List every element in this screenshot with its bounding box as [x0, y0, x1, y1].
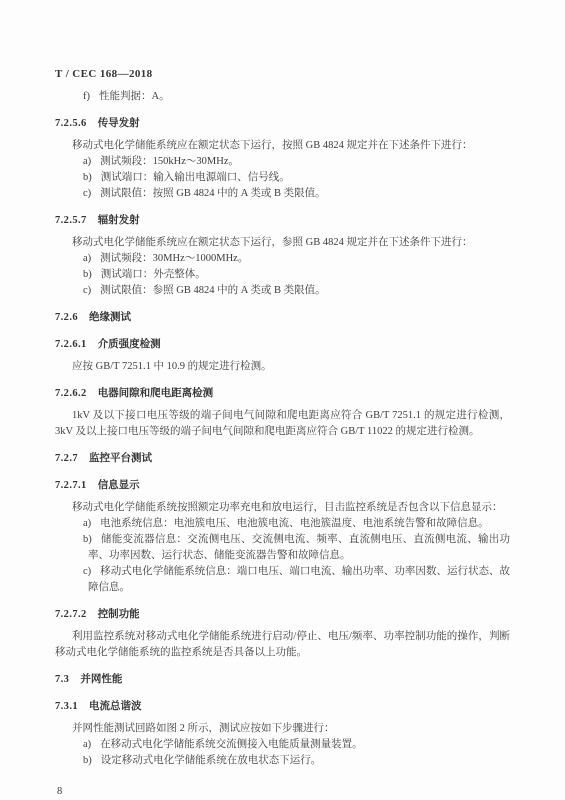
- list-item-text: 在移动式电化学储能系统交流侧接入电能质量测量装置。: [100, 739, 363, 750]
- section-heading: 7.2.6.2电器间隙和爬电距离检测: [55, 386, 510, 402]
- list-item: a)电池系统信息：电池簇电压、电池簇电流、电池簇温度、电池系统告警和故障信息。: [55, 516, 510, 532]
- paragraph: 移动式电化学储能系统应在额定状态下运行，按照 GB 4824 规定并在下述条件下…: [55, 138, 510, 154]
- list-item: a)测试频段：30MHz～1000MHz。: [55, 251, 510, 267]
- list-item-label: c): [83, 188, 91, 199]
- section-heading: 7.2.6绝缘测试: [55, 310, 510, 326]
- section-heading: 7.2.5.6传导发射: [55, 116, 510, 132]
- list-item-label: a): [83, 156, 91, 167]
- paragraph: 并网性能测试回路如图 2 所示，测试应按如下步骤进行：: [55, 721, 510, 737]
- list-item-label: b): [83, 755, 92, 766]
- list-item-text: 设定移动式电化学储能系统在放电状态下运行。: [101, 755, 322, 766]
- list-item: c)测试限值：参照 GB 4824 中的 A 类或 B 类限值。: [55, 283, 510, 299]
- heading-title: 电器间隙和爬电距离检测: [98, 388, 214, 399]
- list-item: f)性能判据：A。: [55, 89, 510, 105]
- paragraph: 应按 GB/T 7251.1 中 10.9 的规定进行检测。: [55, 359, 510, 375]
- paragraph: 1kV 及以下接口电压等级的端子间电气间隙和爬电距离应符合 GB/T 7251.…: [55, 408, 510, 440]
- list-item-text: 测试频段：30MHz～1000MHz。: [100, 253, 248, 264]
- heading-number: 7.2.6.2: [55, 388, 87, 399]
- list-item: a)在移动式电化学储能系统交流侧接入电能质量测量装置。: [55, 737, 510, 753]
- heading-title: 辐射发射: [98, 215, 140, 226]
- list-item: a)测试频段：150kHz～30MHz。: [55, 154, 510, 170]
- heading-title: 监控平台测试: [89, 453, 152, 464]
- heading-title: 绝缘测试: [89, 312, 131, 323]
- heading-title: 信息显示: [98, 480, 140, 491]
- section-heading: 7.2.6.1介质强度检测: [55, 337, 510, 353]
- list-item: c)测试限值：按照 GB 4824 中的 A 类或 B 类限值。: [55, 186, 510, 202]
- list-item-label: a): [83, 518, 91, 529]
- list-item: b)测试端口：输入输出电源端口、信号线。: [55, 170, 510, 186]
- list-item-label: a): [83, 739, 91, 750]
- list-item-label: b): [83, 269, 92, 280]
- list-item-label: c): [83, 566, 91, 577]
- list-item-text: 储能变流器信息：交流侧电压、交流侧电流、频率、直流侧电压、直流侧电流、输出功率、…: [88, 534, 510, 561]
- list-item-text: 测试限值：参照 GB 4824 中的 A 类或 B 类限值。: [100, 285, 325, 296]
- list-item-label: b): [83, 172, 92, 183]
- heading-number: 7.2.6: [55, 312, 78, 323]
- section-heading: 7.3并网性能: [55, 672, 510, 688]
- heading-title: 介质强度检测: [98, 339, 161, 350]
- list-item: b)测试端口：外壳整体。: [55, 267, 510, 283]
- list-item-label: a): [83, 253, 91, 264]
- section-heading: 7.3.1电流总谐波: [55, 699, 510, 715]
- heading-number: 7.3.1: [55, 701, 78, 712]
- section-heading: 7.2.7监控平台测试: [55, 451, 510, 467]
- heading-number: 7.2.6.1: [55, 339, 87, 350]
- heading-title: 传导发射: [98, 118, 140, 129]
- heading-number: 7.3: [55, 674, 69, 685]
- heading-number: 7.2.5.6: [55, 118, 87, 129]
- heading-title: 并网性能: [80, 674, 122, 685]
- paragraph: 移动式电化学储能系统按照额定功率充电和放电运行，目击监控系统是否包含以下信息显示…: [55, 500, 510, 516]
- list-item-text: 测试限值：按照 GB 4824 中的 A 类或 B 类限值。: [100, 188, 325, 199]
- heading-number: 7.2.5.7: [55, 215, 87, 226]
- list-item-text: 测试端口：外壳整体。: [101, 269, 206, 280]
- list-item-text: 测试频段：150kHz～30MHz。: [100, 156, 239, 167]
- list-item: b)储能变流器信息：交流侧电压、交流侧电流、频率、直流侧电压、直流侧电流、输出功…: [55, 532, 510, 564]
- document-page: T / CEC 168—2018 f)性能判据：A。 7.2.5.6传导发射 移…: [0, 0, 565, 800]
- list-item-label: f): [83, 91, 90, 102]
- section-heading: 7.2.7.1信息显示: [55, 478, 510, 494]
- paragraph: 移动式电化学储能系统应在额定状态下运行，参照 GB 4824 规定并在下述条件下…: [55, 235, 510, 251]
- list-item-text: 测试端口：输入输出电源端口、信号线。: [101, 172, 290, 183]
- list-item: b)设定移动式电化学储能系统在放电状态下运行。: [55, 753, 510, 769]
- list-item-label: b): [83, 534, 92, 545]
- section-heading: 7.2.5.7辐射发射: [55, 213, 510, 229]
- page-number: 8: [57, 784, 510, 800]
- list-item-text: 移动式电化学储能系统信息：端口电压、端口电流、输出功率、功率因数、运行状态、故障…: [88, 566, 510, 593]
- heading-number: 7.2.7: [55, 453, 78, 464]
- paragraph: 利用监控系统对移动式电化学储能系统进行启动/停止、电压/频率、功率控制功能的操作…: [55, 629, 510, 661]
- list-item: c)移动式电化学储能系统信息：端口电压、端口电流、输出功率、功率因数、运行状态、…: [55, 564, 510, 596]
- list-item-label: c): [83, 285, 91, 296]
- standard-number-header: T / CEC 168—2018: [55, 66, 510, 82]
- heading-number: 7.2.7.1: [55, 480, 87, 491]
- list-item-text: 性能判据：A。: [99, 91, 170, 102]
- section-heading: 7.2.7.2控制功能: [55, 607, 510, 623]
- list-item-text: 电池系统信息：电池簇电压、电池簇电流、电池簇温度、电池系统告警和故障信息。: [100, 518, 489, 529]
- heading-title: 控制功能: [98, 609, 140, 620]
- heading-number: 7.2.7.2: [55, 609, 87, 620]
- heading-title: 电流总谐波: [89, 701, 142, 712]
